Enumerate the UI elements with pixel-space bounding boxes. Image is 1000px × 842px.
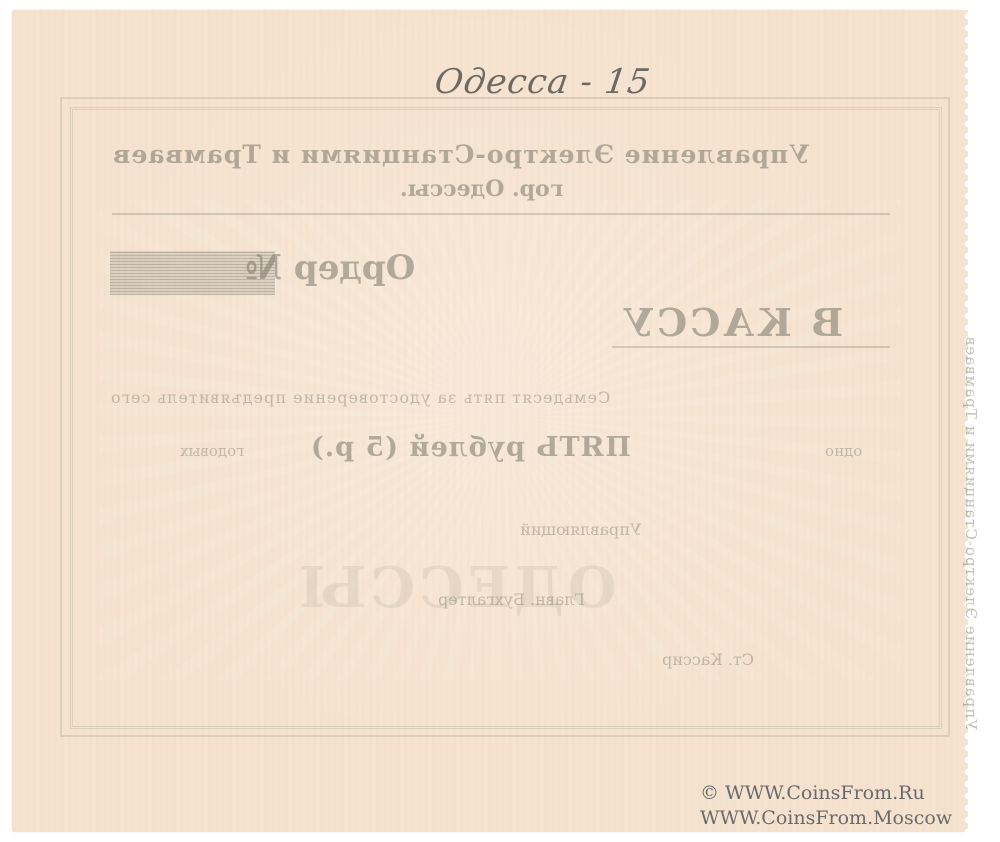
issuer-line-1: Управление Электро-Станциями и Трамваев [112,140,810,169]
to-cashier-heading: В КАССУ [620,300,843,345]
header-divider [112,213,890,215]
handwritten-note: Одесса - 15 [432,62,653,102]
watermark-line-2: WWW.CoinsFrom.Moscow [700,806,952,831]
signature-cashier: Ст. Кассир [662,650,754,669]
watermark-line-1: © WWW.CoinsFrom.Ru [700,781,952,806]
body-line-1: Семьдесят пять за удостоверение предъяви… [110,388,610,407]
signature-accountant: Главн. Бухгалтер [438,590,585,609]
order-number-label: Ордер № [245,248,415,288]
body-line-2-suffix: годовых [180,442,244,460]
amount-text: ПЯТЬ рублей (5 р.) [310,432,631,463]
site-watermark: © WWW.CoinsFrom.Ru WWW.CoinsFrom.Moscow [700,781,952,831]
issuer-line-2: гор. Одессы. [400,176,563,202]
cashier-underline [612,346,890,348]
side-edge-text: Управление Электро-Станциями и Трамваев [958,90,988,740]
center-large-text: ОДЕССЫ [295,555,617,621]
side-edge-text-content: Управление Электро-Станциями и Трамваев [962,336,980,730]
body-line-2-prefix: одно [825,442,862,460]
signature-manager: Управляющий [520,520,641,539]
